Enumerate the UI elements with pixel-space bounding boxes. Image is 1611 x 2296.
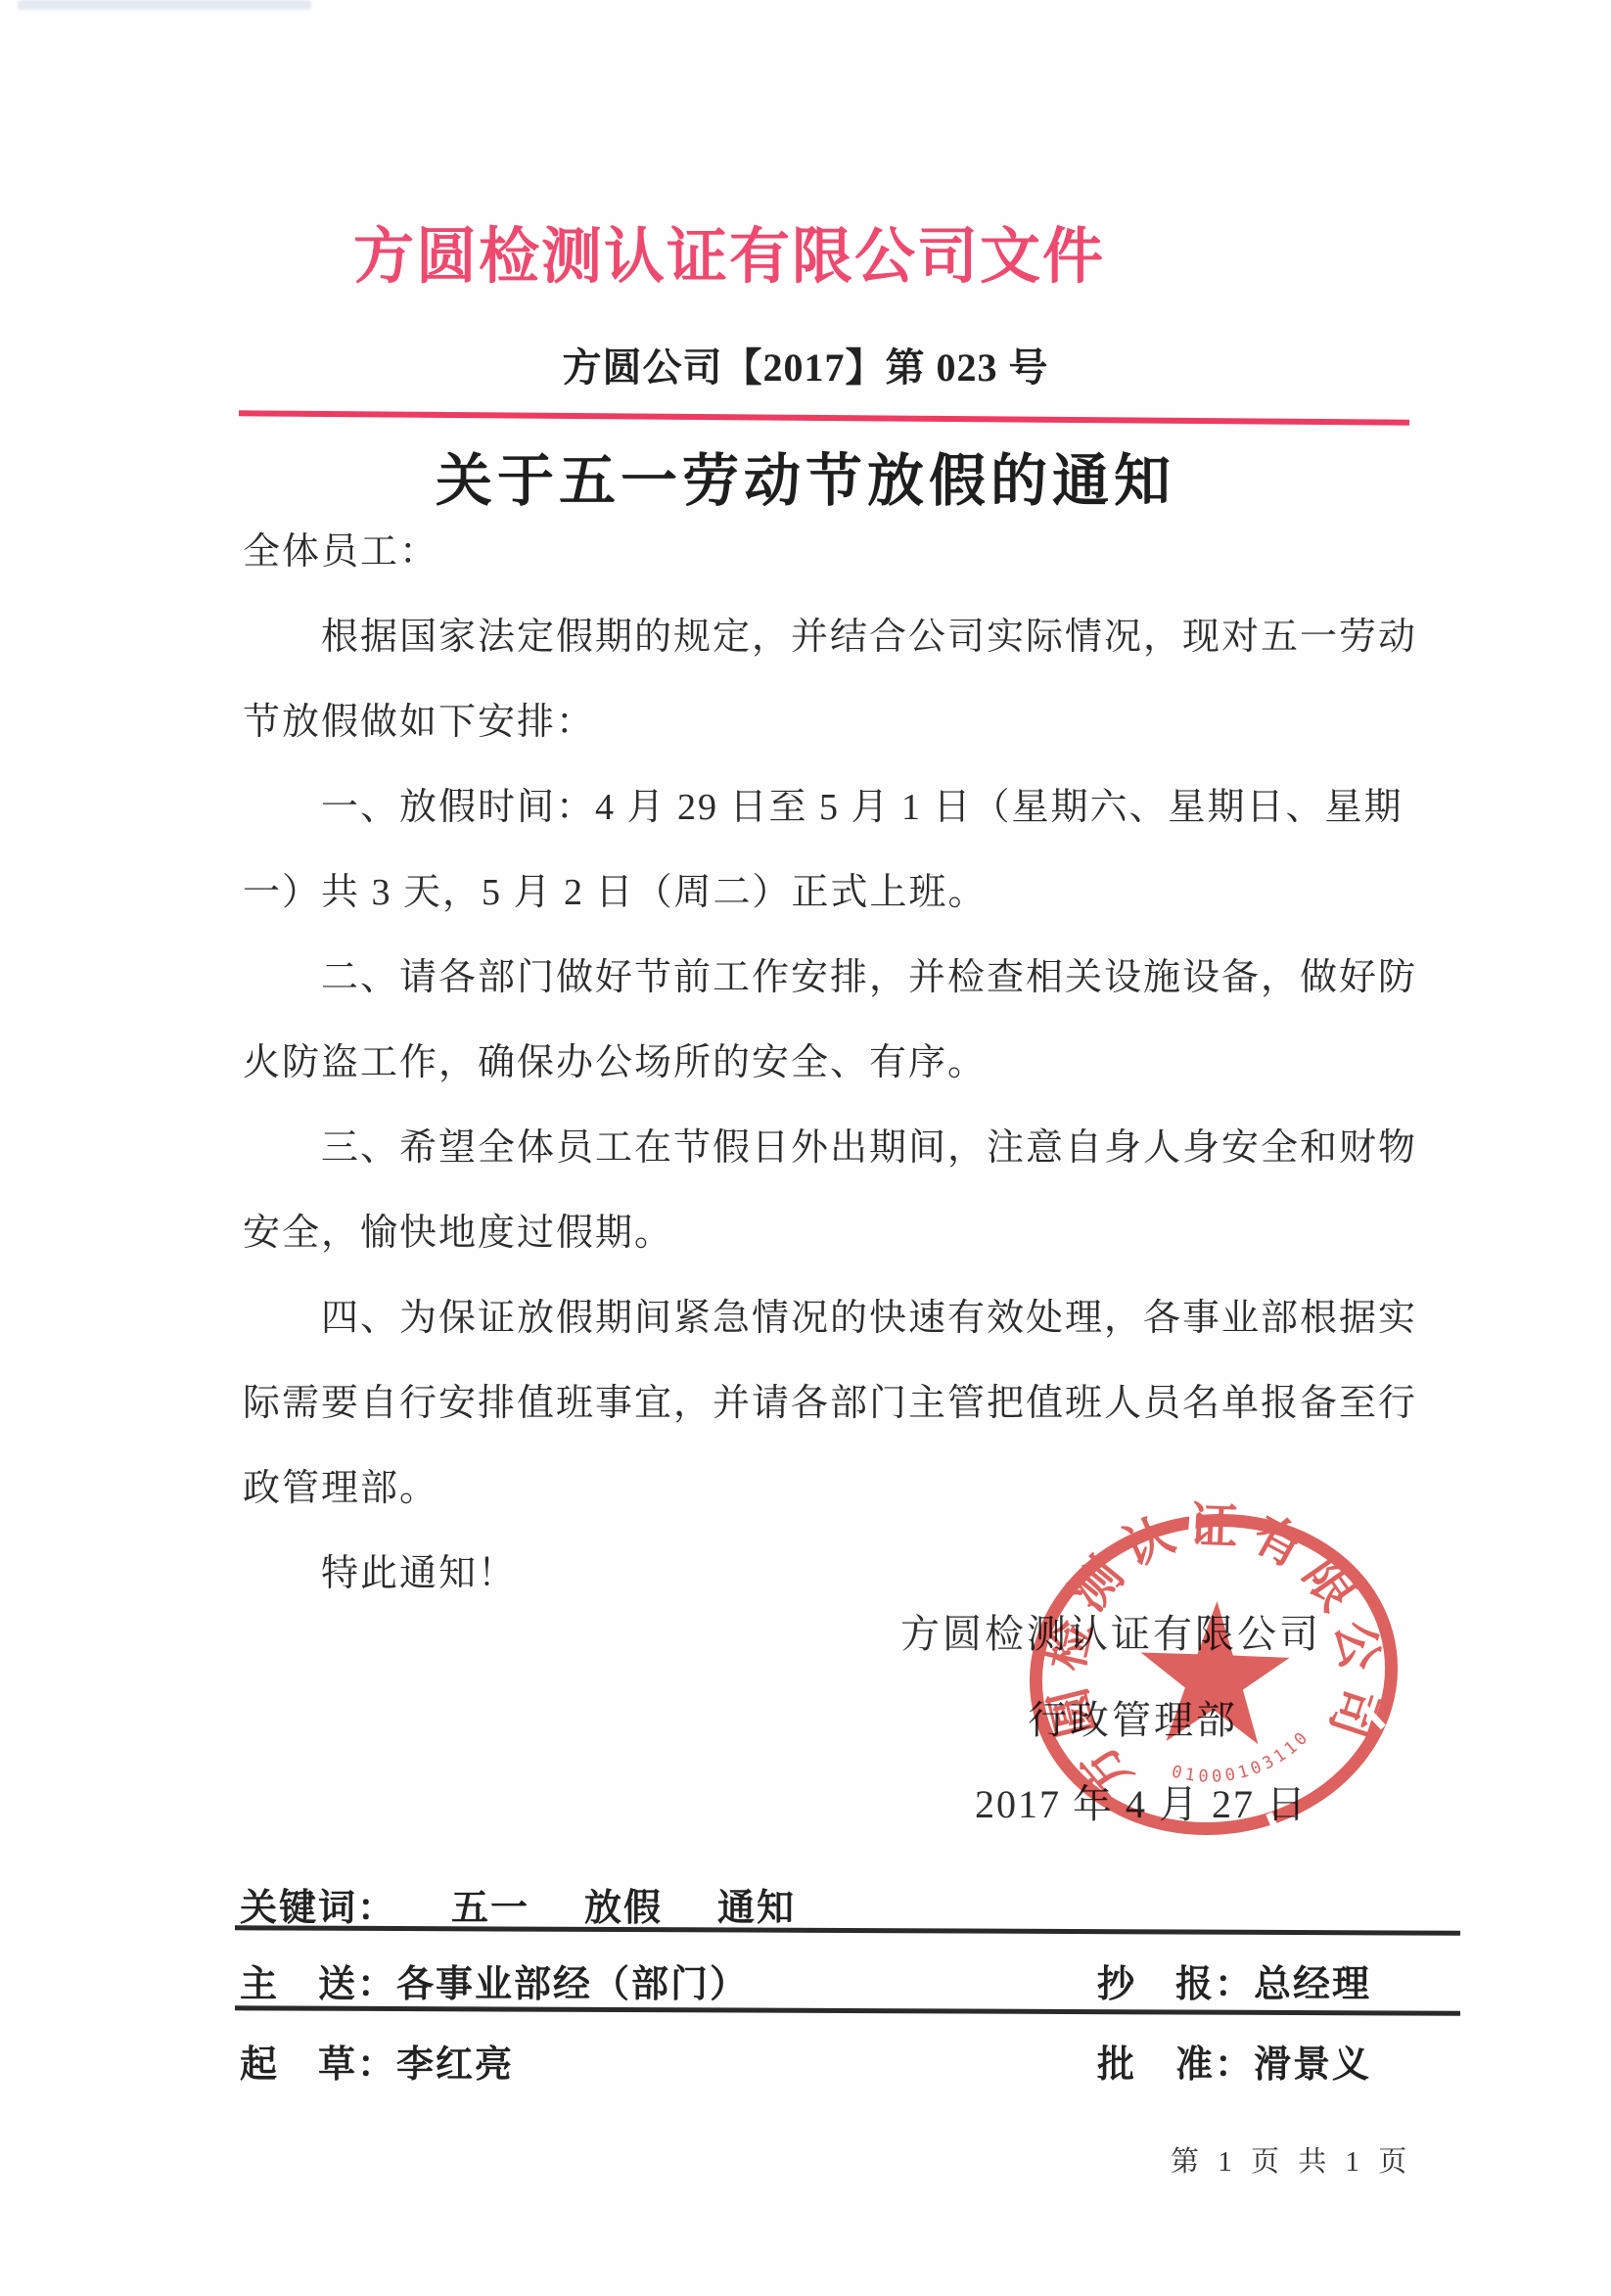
approve-label: 批 准： — [1097, 2044, 1254, 2086]
footer-rule-top — [235, 1925, 1460, 1935]
scan-artifact-smudge — [18, 0, 311, 10]
body-line: 四、为保证放假期间紧急情况的快速有效处理，各事业部根据实 — [243, 1276, 1413, 1361]
notice-heading: 关于五一劳动节放假的通知 — [0, 435, 1611, 517]
svg-text:01000103110: 01000103110 — [1165, 1724, 1319, 1794]
doc-number: 方圆公司【2017】第 023 号 — [0, 337, 1611, 392]
approve-value: 滑景义 — [1254, 2044, 1371, 2086]
keyword-item: 通知 — [717, 1888, 796, 1929]
draft-row: 起 草：李红亮 批 准：滑景义 — [240, 2034, 1460, 2088]
main-send-value: 各事业部经（部门） — [396, 1964, 749, 2005]
draft-label: 起 草： — [240, 2044, 396, 2086]
keywords-list: 五一放假通知 — [396, 1888, 796, 1929]
body-line: 火防盗工作，确保办公场所的安全、有序。 — [243, 1021, 1413, 1106]
body-line: 际需要自行安排值班事宜，并请各部门主管把值班人员名单报备至行 — [243, 1361, 1413, 1446]
keyword-item: 五一 — [451, 1888, 529, 1929]
keyword-item: 放假 — [584, 1888, 663, 1929]
copy-report-label: 抄 报： — [1097, 1964, 1254, 2005]
main-send-label: 主 送： — [240, 1964, 396, 2005]
body-line: 安全，愉快地度过假期。 — [243, 1191, 1413, 1276]
document-page: 方圆检测认证有限公司文件 方圆公司【2017】第 023 号 关于五一劳动节放假… — [0, 0, 1611, 2296]
body-line: 节放假做如下安排： — [243, 680, 1413, 765]
draft-value: 李红亮 — [396, 2044, 514, 2086]
copy-report-cell: 抄 报：总经理 — [1097, 1953, 1371, 2007]
main-send-row: 主 送：各事业部经（部门） 抄 报：总经理 — [240, 1953, 1460, 2007]
keywords-row: 关键词：五一放假通知 — [240, 1877, 796, 1931]
body-line: 二、请各部门做好节前工作安排，并检查相关设施设备，做好防 — [243, 936, 1413, 1021]
seal-star — [1135, 1592, 1301, 1759]
seal-serial-number: 01000103110 — [1165, 1724, 1319, 1794]
keywords-label: 关键词： — [240, 1888, 396, 1929]
red-divider-line — [239, 410, 1409, 425]
company-seal: 方圆检测认证有限公司 01000103110 — [1018, 1479, 1409, 1870]
org-title: 方圆检测认证有限公司文件 — [0, 207, 1535, 295]
body-line: 一）共 3 天，5 月 2 日（周二）正式上班。 — [243, 850, 1413, 936]
body-line: 三、希望全体员工在节假日外出期间，注意自身人身安全和财物 — [243, 1106, 1413, 1191]
approve-cell: 批 准：滑景义 — [1097, 2034, 1371, 2088]
body-line: 一、放假时间：4 月 29 日至 5 月 1 日（星期六、星期日、星期 — [243, 765, 1413, 850]
notice-body: 全体员工：根据国家法定假期的规定，并结合公司实际情况，现对五一劳动节放假做如下安… — [243, 510, 1413, 1617]
body-line: 全体员工： — [243, 510, 1413, 595]
page-number: 第 1 页 共 1 页 — [1171, 2139, 1412, 2180]
body-line: 根据国家法定假期的规定，并结合公司实际情况，现对五一劳动 — [243, 595, 1413, 680]
copy-report-value: 总经理 — [1254, 1964, 1371, 2005]
